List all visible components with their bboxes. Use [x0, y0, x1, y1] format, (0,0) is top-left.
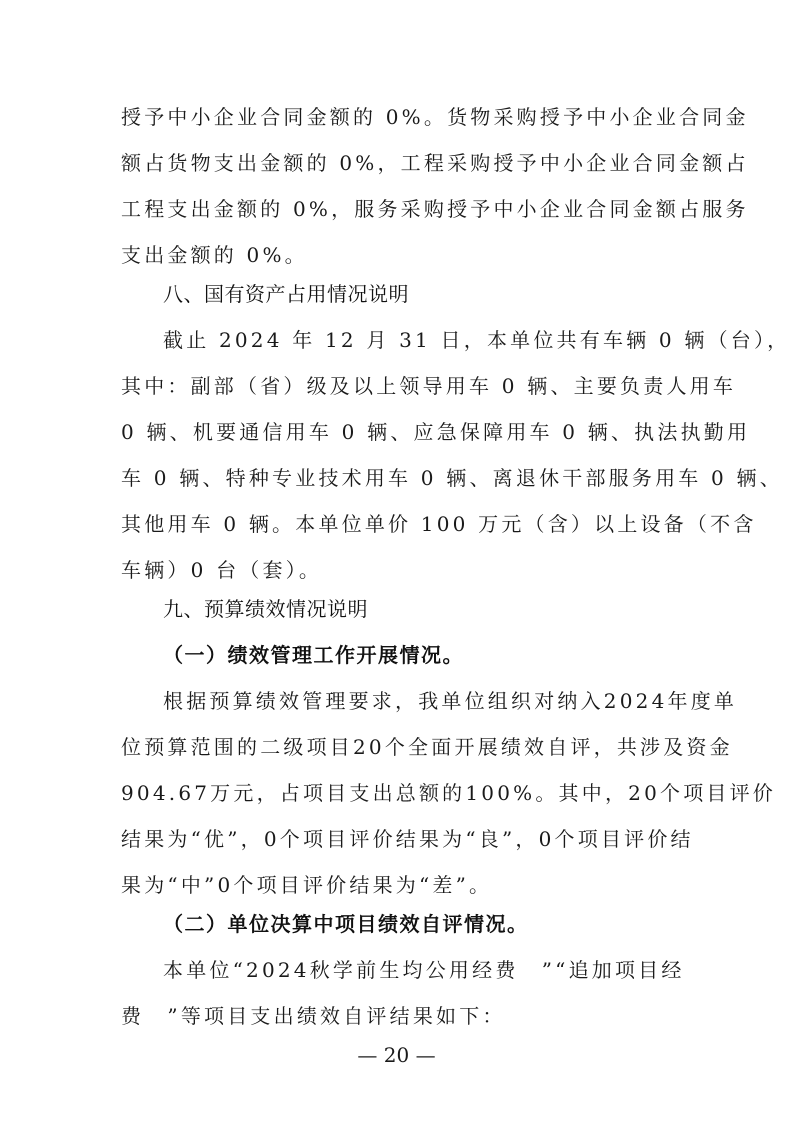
paragraph-line: 额占货物支出金额的 0%，工程采购授予中小企业合同金额占 [121, 148, 681, 178]
paragraph-line: 根据预算绩效管理要求，我单位组织对纳入2024年度单 [163, 686, 723, 716]
paragraph-line: 位预算范围的二级项目20个全面开展绩效自评，共涉及资金 [121, 732, 681, 762]
subsection-heading-management: （一）绩效管理工作开展情况。 [163, 640, 723, 670]
paragraph-line: 费 ”等项目支出绩效自评结果如下： [121, 1001, 681, 1031]
paragraph-line: 其中：副部（省）级及以上领导用车 0 辆、主要负责人用车 [121, 371, 681, 401]
section-heading-assets: 八、国有资产占用情况说明 [163, 279, 723, 309]
paragraph-line: 工程支出金额的 0%，服务采购授予中小企业合同金额占服务 [121, 194, 681, 224]
paragraph-line: 截止 2024 年 12 月 31 日，本单位共有车辆 0 辆（台）， [163, 325, 723, 355]
paragraph-line: 结果为“优”，0个项目评价结果为“良”，0个项目评价结 [121, 824, 681, 854]
paragraph-line: 其他用车 0 辆。本单位单价 100 万元（含）以上设备（不含 [121, 509, 681, 539]
paragraph-line: 车 0 辆、特种专业技术用车 0 辆、离退休干部服务用车 0 辆、 [121, 463, 681, 493]
page-number: — 20 — [0, 1040, 793, 1070]
paragraph-line: 果为“中”0个项目评价结果为“差”。 [121, 870, 681, 900]
paragraph-line: 0 辆、机要通信用车 0 辆、应急保障用车 0 辆、执法执勤用 [121, 417, 681, 447]
paragraph-line: 授予中小企业合同金额的 0%。货物采购授予中小企业合同金 [121, 102, 681, 132]
paragraph-line: 904.67万元，占项目支出总额的100%。其中，20个项目评价 [121, 778, 681, 808]
document-page: 授予中小企业合同金额的 0%。货物采购授予中小企业合同金 额占货物支出金额的 0… [0, 0, 793, 1122]
paragraph-line: 支出金额的 0%。 [121, 240, 681, 270]
paragraph-line: 车辆）0 台（套）。 [121, 555, 681, 585]
section-heading-performance: 九、预算绩效情况说明 [163, 594, 723, 624]
subsection-heading-self-evaluation: （二）单位决算中项目绩效自评情况。 [163, 909, 723, 939]
paragraph-line: 本单位“2024秋学前生均公用经费 ”“追加项目经 [163, 955, 723, 985]
